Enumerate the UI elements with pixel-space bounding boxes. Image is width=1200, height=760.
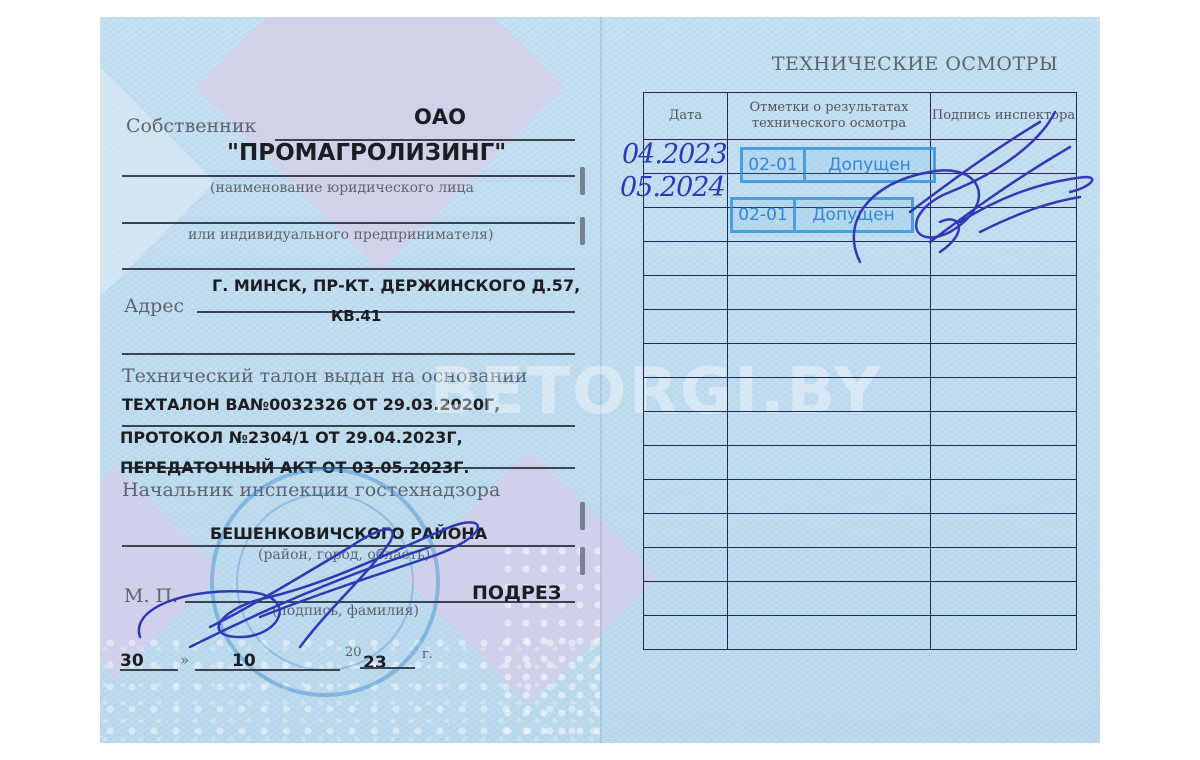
signature-cell: [931, 344, 1077, 378]
signature-cell: [931, 276, 1077, 310]
inspection-date-1: 04.2023: [622, 139, 727, 170]
staple: [580, 217, 585, 245]
staple: [580, 547, 585, 575]
owner-value-2: "ПРОМАГРОЛИЗИНГ": [227, 140, 506, 166]
chief-signature: [130, 487, 510, 667]
inspection-row: [644, 616, 1077, 650]
signature-cell: [931, 378, 1077, 412]
owner-line-2: [122, 175, 575, 177]
owner-caption-1: (наименование юридического лица: [210, 180, 474, 196]
date-cell: [644, 412, 728, 446]
owner-value-1: ОАО: [414, 105, 466, 129]
result-cell: [728, 514, 931, 548]
signature-cell: [931, 514, 1077, 548]
address-line: [197, 311, 575, 313]
result-cell: [728, 548, 931, 582]
date-cell: [644, 310, 728, 344]
date-year-line: [360, 667, 415, 669]
inspections-title: ТЕХНИЧЕСКИЕ ОСМОТРЫ: [715, 53, 1100, 75]
date-cell: [644, 242, 728, 276]
inspection-row: [644, 480, 1077, 514]
signature-cell: [931, 582, 1077, 616]
inspector-signature: [840, 102, 1100, 272]
result-cell: [728, 310, 931, 344]
column-header-date: Дата: [644, 93, 728, 140]
result-cell: [728, 276, 931, 310]
date-month-line: [195, 669, 340, 671]
security-pattern: [500, 543, 600, 743]
signature-cell: [931, 548, 1077, 582]
vehicle-technical-passport: Собственник ОАО "ПРОМАГРОЛИЗИНГ" (наимен…: [100, 17, 1100, 743]
inspection-row: [644, 276, 1077, 310]
inspection-row: [644, 310, 1077, 344]
inspection-row: [644, 446, 1077, 480]
signature-cell: [931, 446, 1077, 480]
signature-cell: [931, 412, 1077, 446]
result-cell: [728, 446, 931, 480]
owner-line-3: [122, 222, 575, 224]
inspection-row: [644, 378, 1077, 412]
date-cell: [644, 276, 728, 310]
owner-caption-2: или индивидуального предпринимателя): [188, 227, 493, 243]
date-cell: [644, 344, 728, 378]
stamp-code: 02-01: [743, 150, 806, 180]
date-cell: [644, 616, 728, 650]
result-cell: [728, 378, 931, 412]
basis-line-2: ПРОТОКОЛ №2304/1 ОТ 29.04.2023Г,: [120, 428, 463, 447]
owner-label: Собственник: [126, 115, 256, 137]
date-cell: [644, 582, 728, 616]
inspection-row: [644, 514, 1077, 548]
result-cell: [728, 412, 931, 446]
address-value-2: КВ.41: [331, 307, 381, 325]
inspection-row: [644, 412, 1077, 446]
signature-cell: [931, 310, 1077, 344]
date-cell: [644, 548, 728, 582]
result-cell: [728, 480, 931, 514]
result-cell: [728, 344, 931, 378]
date-cell: [644, 208, 728, 242]
date-cell: [644, 446, 728, 480]
date-day-line: [120, 669, 178, 671]
inspection-date-2: 05.2024: [620, 172, 725, 203]
inspection-row: [644, 344, 1077, 378]
date-cell: [644, 514, 728, 548]
address-line-top: [122, 268, 575, 270]
date-cell: [644, 378, 728, 412]
date-cell: [644, 480, 728, 514]
stamp-code: 02-01: [733, 200, 796, 230]
signature-cell: [931, 480, 1077, 514]
staple: [580, 502, 585, 530]
address-value-1: Г. МИНСК, ПР-КТ. ДЕРЖИНСКОГО Д.57,: [212, 276, 580, 295]
inspection-row: [644, 582, 1077, 616]
inspection-row: [644, 548, 1077, 582]
address-label: Адрес: [124, 295, 184, 317]
result-cell: [728, 582, 931, 616]
result-cell: [728, 616, 931, 650]
signature-cell: [931, 616, 1077, 650]
staple: [580, 167, 585, 195]
